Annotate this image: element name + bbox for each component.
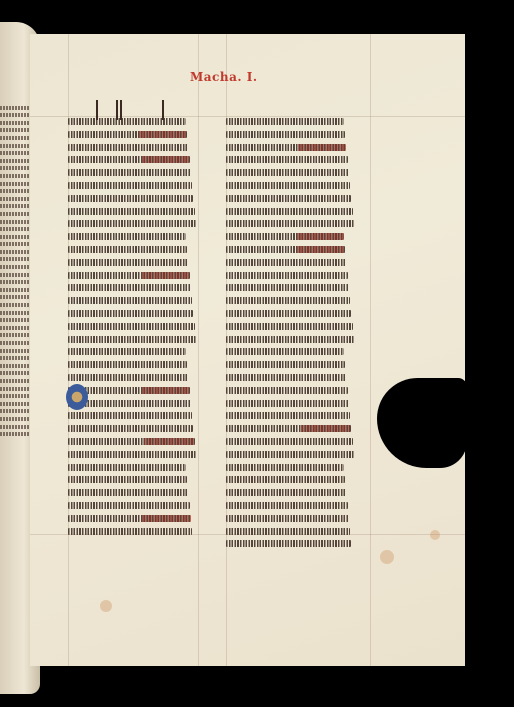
text-line — [226, 182, 350, 189]
text-line — [0, 128, 34, 132]
text-line — [0, 379, 34, 383]
text-line — [0, 432, 34, 436]
text-line — [0, 242, 34, 246]
text-line — [226, 246, 345, 253]
ascender-decoration — [116, 100, 118, 120]
text-line — [0, 189, 34, 193]
text-line — [226, 464, 344, 471]
text-line — [226, 412, 350, 419]
text-line — [68, 246, 187, 253]
text-line — [0, 220, 34, 224]
text-line — [0, 280, 34, 284]
text-line — [0, 235, 34, 239]
text-line — [0, 303, 34, 307]
text-line — [226, 374, 346, 381]
text-line — [0, 265, 34, 269]
text-line — [68, 220, 196, 227]
text-line — [68, 310, 193, 317]
text-line — [226, 528, 350, 535]
text-line — [226, 259, 346, 266]
text-line — [226, 208, 353, 215]
stain — [100, 600, 112, 612]
facing-page-text — [0, 102, 34, 440]
text-line — [226, 476, 345, 483]
text-line — [68, 195, 193, 202]
text-line — [0, 349, 34, 353]
text-line — [68, 464, 186, 471]
text-line — [226, 297, 350, 304]
text-line — [0, 402, 34, 406]
text-line — [226, 131, 345, 138]
stain — [430, 530, 440, 540]
ascender-decoration — [162, 100, 164, 120]
ascender-decoration — [120, 100, 122, 120]
text-line — [0, 326, 34, 330]
text-line — [68, 131, 187, 138]
text-line — [68, 502, 190, 509]
stain — [380, 550, 394, 564]
text-line — [0, 341, 34, 345]
text-line — [226, 233, 344, 240]
text-line — [226, 195, 351, 202]
text-line — [226, 220, 354, 227]
text-line — [226, 451, 354, 458]
text-line — [68, 451, 196, 458]
text-line — [0, 311, 34, 315]
text-line — [226, 361, 345, 368]
text-line — [68, 425, 193, 432]
text-line — [68, 515, 191, 522]
text-line — [0, 371, 34, 375]
text-line — [68, 233, 186, 240]
text-line — [0, 197, 34, 201]
text-line — [0, 318, 34, 322]
text-line — [0, 257, 34, 261]
text-line — [0, 227, 34, 231]
text-line — [226, 156, 348, 163]
text-line — [0, 106, 34, 110]
text-line — [0, 121, 34, 125]
text-line — [68, 528, 192, 535]
text-line — [0, 394, 34, 398]
text-line — [68, 374, 188, 381]
text-line — [226, 387, 348, 394]
text-line — [68, 489, 188, 496]
text-line — [226, 169, 349, 176]
text-line — [68, 438, 195, 445]
text-line — [68, 476, 187, 483]
text-line — [0, 166, 34, 170]
text-line — [68, 284, 191, 291]
text-line — [68, 348, 186, 355]
text-line — [0, 182, 34, 186]
text-line — [68, 156, 190, 163]
text-line — [226, 515, 349, 522]
text-line — [226, 400, 349, 407]
running-head: Macha. I. — [190, 70, 258, 84]
ruling-line — [198, 34, 199, 666]
ascender-decoration — [96, 100, 98, 120]
text-line — [226, 284, 349, 291]
text-line — [226, 438, 353, 445]
text-line — [226, 118, 344, 125]
text-line — [0, 356, 34, 360]
left-column — [68, 118, 196, 540]
text-line — [226, 323, 353, 330]
text-line — [68, 118, 186, 125]
text-line — [226, 502, 348, 509]
text-line — [226, 489, 346, 496]
text-line — [68, 297, 192, 304]
text-line — [68, 259, 188, 266]
text-line — [0, 151, 34, 155]
text-line — [226, 348, 344, 355]
text-line — [0, 387, 34, 391]
text-line — [0, 295, 34, 299]
text-line — [0, 288, 34, 292]
text-line — [68, 169, 191, 176]
text-line — [0, 409, 34, 413]
text-line — [226, 272, 348, 279]
text-line — [68, 182, 192, 189]
text-line — [226, 425, 351, 432]
text-line — [0, 333, 34, 337]
text-line — [0, 144, 34, 148]
text-line — [68, 336, 196, 343]
text-line — [68, 323, 195, 330]
text-line — [68, 272, 190, 279]
text-line — [0, 417, 34, 421]
text-line — [0, 204, 34, 208]
text-line — [0, 273, 34, 277]
text-line — [68, 144, 188, 151]
text-line — [68, 361, 187, 368]
text-line — [226, 310, 351, 317]
text-line — [226, 336, 354, 343]
text-line — [0, 136, 34, 140]
text-line — [0, 159, 34, 163]
text-line — [68, 412, 192, 419]
right-column — [226, 118, 354, 553]
text-line — [226, 144, 346, 151]
text-line — [0, 250, 34, 254]
text-line — [0, 425, 34, 429]
text-line — [0, 113, 34, 117]
text-line — [0, 364, 34, 368]
text-line — [226, 540, 351, 547]
text-line — [0, 212, 34, 216]
decorated-initial — [66, 384, 88, 410]
text-line — [68, 208, 195, 215]
text-line — [0, 174, 34, 178]
ruling-line — [370, 34, 371, 666]
